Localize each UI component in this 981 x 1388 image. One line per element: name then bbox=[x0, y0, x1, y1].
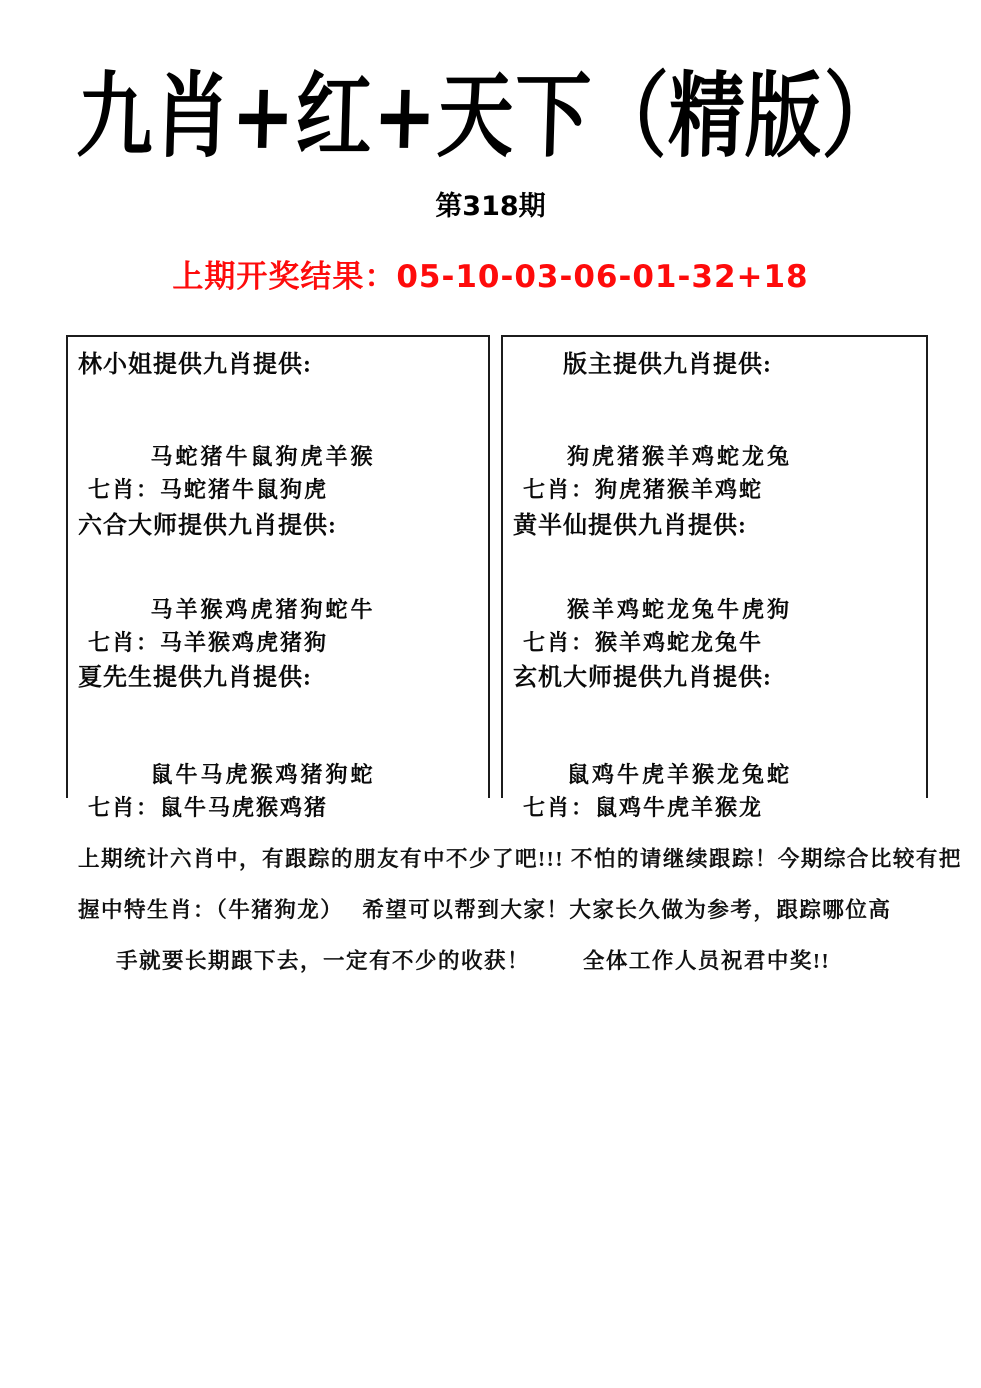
footer-line: 手就要长期跟下去，一定有不少的收获！ 全体工作人员祝君中奖!! bbox=[78, 947, 893, 976]
seven-zodiac-values: 马羊猴鸡虎猪狗 bbox=[160, 630, 328, 655]
provider-heading: 夏先生提供九肖提供: bbox=[78, 662, 478, 694]
masthead-title: 九肖+红+天下（精版） bbox=[0, 42, 981, 175]
nine-zodiac-row: 鼠鸡牛虎羊猴龙兔蛇 bbox=[513, 758, 916, 789]
provider-heading: 林小姐提供九肖提供: bbox=[78, 349, 478, 381]
provider-heading: 玄机大师提供九肖提供: bbox=[513, 662, 916, 694]
provider-heading: 六合大师提供九肖提供: bbox=[78, 510, 478, 542]
provider-section: 林小姐提供九肖提供: 马蛇猪牛鼠狗虎羊猴 七肖：马蛇猪牛鼠狗虎 bbox=[78, 349, 478, 510]
nine-zodiac-row: 鼠牛马虎猴鸡猪狗蛇 bbox=[78, 758, 478, 789]
seven-zodiac-values: 马蛇猪牛鼠狗虎 bbox=[160, 477, 328, 502]
last-result: 上期开奖结果：05-10-03-06-01-32+18 bbox=[0, 251, 981, 296]
nine-zodiac-row: 猴羊鸡蛇龙兔牛虎狗 bbox=[513, 593, 916, 624]
seven-zodiac-values: 鼠鸡牛虎羊猴龙 bbox=[595, 795, 763, 820]
seven-zodiac-label: 七肖： bbox=[88, 795, 160, 820]
provider-heading: 黄半仙提供九肖提供: bbox=[513, 510, 916, 542]
provider-section: 夏先生提供九肖提供: 鼠牛马虎猴鸡猪狗蛇 七肖：鼠牛马虎猴鸡猪 bbox=[78, 662, 478, 822]
footer-line: 握中特生肖：（牛猪狗龙） 希望可以帮到大家！大家长久做为参考，跟踪哪位高 bbox=[78, 896, 893, 925]
seven-zodiac-label: 七肖： bbox=[523, 630, 595, 655]
provider-section: 六合大师提供九肖提供: 马羊猴鸡虎猪狗蛇牛 七肖：马羊猴鸡虎猪狗 bbox=[78, 510, 478, 662]
seven-zodiac-row: 七肖：狗虎猪猴羊鸡蛇 bbox=[513, 473, 916, 504]
predictions-right-box: 版主提供九肖提供: 狗虎猪猴羊鸡蛇龙兔 七肖：狗虎猪猴羊鸡蛇 黄半仙提供九肖提供… bbox=[501, 335, 928, 798]
footer-note: 上期统计六肖中，有跟踪的朋友有中不少了吧!!! 不怕的请继续跟踪！今期综合比较有… bbox=[78, 845, 893, 998]
prediction-boxes: 林小姐提供九肖提供: 马蛇猪牛鼠狗虎羊猴 七肖：马蛇猪牛鼠狗虎 六合大师提供九肖… bbox=[66, 335, 928, 798]
seven-zodiac-values: 鼠牛马虎猴鸡猪 bbox=[160, 795, 328, 820]
seven-zodiac-label: 七肖： bbox=[88, 477, 160, 502]
seven-zodiac-values: 猴羊鸡蛇龙兔牛 bbox=[595, 630, 763, 655]
seven-zodiac-values: 狗虎猪猴羊鸡蛇 bbox=[595, 477, 763, 502]
last-result-label: 上期开奖结果： bbox=[172, 259, 396, 295]
seven-zodiac-label: 七肖： bbox=[88, 630, 160, 655]
issue-number: 第318期 bbox=[0, 184, 981, 223]
nine-zodiac-row: 马蛇猪牛鼠狗虎羊猴 bbox=[78, 440, 478, 471]
provider-section: 版主提供九肖提供: 狗虎猪猴羊鸡蛇龙兔 七肖：狗虎猪猴羊鸡蛇 bbox=[513, 349, 916, 510]
provider-heading: 版主提供九肖提供: bbox=[513, 349, 916, 381]
last-result-numbers: 05-10-03-06-01-32+18 bbox=[396, 259, 808, 295]
nine-zodiac-row: 马羊猴鸡虎猪狗蛇牛 bbox=[78, 593, 478, 624]
seven-zodiac-row: 七肖：马羊猴鸡虎猪狗 bbox=[78, 626, 478, 657]
seven-zodiac-row: 七肖：马蛇猪牛鼠狗虎 bbox=[78, 473, 478, 504]
provider-section: 黄半仙提供九肖提供: 猴羊鸡蛇龙兔牛虎狗 七肖：猴羊鸡蛇龙兔牛 bbox=[513, 510, 916, 662]
page: 九肖+红+天下（精版） 第318期 上期开奖结果：05-10-03-06-01-… bbox=[0, 0, 981, 1388]
predictions-left-box: 林小姐提供九肖提供: 马蛇猪牛鼠狗虎羊猴 七肖：马蛇猪牛鼠狗虎 六合大师提供九肖… bbox=[66, 335, 490, 798]
nine-zodiac-row: 狗虎猪猴羊鸡蛇龙兔 bbox=[513, 440, 916, 471]
seven-zodiac-label: 七肖： bbox=[523, 477, 595, 502]
footer-line: 上期统计六肖中，有跟踪的朋友有中不少了吧!!! 不怕的请继续跟踪！今期综合比较有… bbox=[78, 845, 893, 874]
seven-zodiac-row: 七肖：鼠鸡牛虎羊猴龙 bbox=[513, 791, 916, 822]
seven-zodiac-row: 七肖：鼠牛马虎猴鸡猪 bbox=[78, 791, 478, 822]
seven-zodiac-row: 七肖：猴羊鸡蛇龙兔牛 bbox=[513, 626, 916, 657]
provider-section: 玄机大师提供九肖提供: 鼠鸡牛虎羊猴龙兔蛇 七肖：鼠鸡牛虎羊猴龙 bbox=[513, 662, 916, 822]
seven-zodiac-label: 七肖： bbox=[523, 795, 595, 820]
